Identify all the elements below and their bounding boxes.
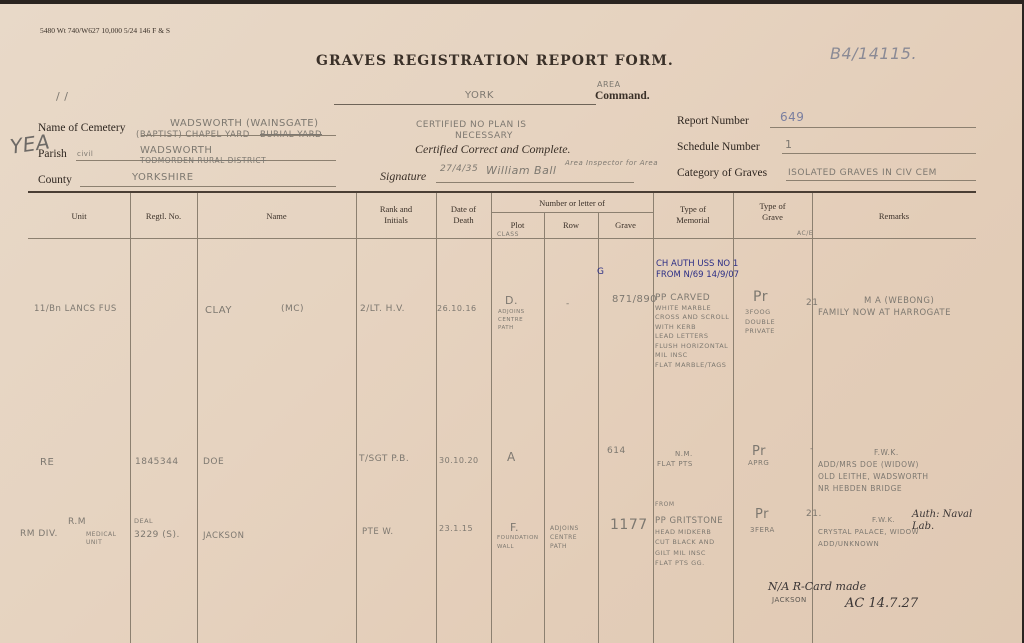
row3-remarks-ink: Auth: Naval Lab. — [912, 509, 982, 533]
remarks-line: F.W.K. — [818, 447, 928, 459]
memorial-line: MIL INSC — [655, 351, 729, 361]
row3-unit-main: RM DIV. — [20, 529, 58, 539]
memorial-line: CROSS AND SCROLL — [655, 313, 729, 323]
schedule-number-label: Schedule Number — [677, 141, 760, 153]
parish-prefix: civil — [77, 150, 93, 158]
memorial-line: FLUSH HORIZONTAL — [655, 342, 729, 352]
command-value: YORK — [465, 90, 494, 101]
row3-row-note: ADJOINS CENTRE PATH — [550, 524, 579, 551]
parish-struck-text: TODMORDEN RURAL DISTRICT — [140, 156, 266, 165]
header-bottom-rule — [28, 238, 976, 239]
remarks-line: ADD/MRS DOE (WIDOW) — [818, 459, 928, 471]
cemetery-value[interactable]: WADSWORTH (WAINSGATE) — [170, 118, 319, 129]
report-number-label: Report Number — [677, 115, 749, 127]
memorial-line: FLAT MARBLE/TAGS — [655, 361, 729, 371]
rank-header-line1: Rank and — [356, 204, 436, 215]
memorial-line: N.M. — [657, 449, 693, 459]
category-value[interactable]: ISOLATED GRAVES IN CIV CEM — [788, 168, 937, 178]
memorial-line: PP GRITSTONE — [655, 516, 723, 527]
footer-note-initials: AC 14.7.27 — [845, 596, 918, 611]
memorial-line: FLAT PTS — [657, 459, 693, 469]
col-header-regtl-no: Regtl. No. — [130, 211, 197, 222]
row2-remarks: F.W.K. ADD/MRS DOE (WIDOW) OLD LEITHE, W… — [818, 447, 928, 495]
row3-unit-prefix: R.M — [68, 517, 86, 527]
row-note-line: PATH — [550, 542, 579, 551]
schedule-number-value[interactable]: 1 — [785, 138, 793, 151]
col-header-remarks: Remarks — [812, 211, 976, 222]
remarks-line: OLD LEITHE, WADSWORTH — [818, 471, 928, 483]
row1-plot: D. — [505, 294, 518, 307]
type-grave-line: DOUBLE — [745, 318, 775, 328]
signature-value[interactable]: William Ball — [486, 164, 556, 177]
row3-memorial-prefix: FROM — [655, 501, 675, 508]
type-grave-note: AC/E — [797, 230, 813, 237]
memorial-line: WITH KERB — [655, 323, 729, 333]
remarks-line: FAMILY NOW AT HARROGATE — [818, 307, 951, 319]
row3-type-grave-sub: 3FERA — [750, 526, 775, 534]
rank-header-line2: Initials — [356, 215, 436, 226]
row1-date: 26.10.16 — [437, 304, 477, 313]
row2-type-grave: Pr — [752, 444, 766, 459]
print-code: 5480 Wt 740/W627 10,000 5/24 146 F & S — [40, 26, 170, 35]
row1-type-grave: Pr — [753, 289, 768, 305]
row3-plot: F. — [510, 521, 519, 534]
report-number-value[interactable]: 649 — [780, 110, 804, 124]
margin-marks: / / — [56, 90, 68, 103]
certified-note-line2: NECESSARY — [455, 131, 513, 141]
col-header-type-grave: Type of Grave — [733, 201, 812, 223]
date-header-line2: Death — [436, 215, 491, 226]
col-header-date: Date of Death — [436, 204, 491, 226]
cemetery-value-line2: (BAPTIST) CHAPEL YARD — [136, 130, 250, 140]
row1-plot-note: ADJOINS CENTRE PATH — [498, 308, 525, 332]
row2-type-grave-sub: APRG — [748, 459, 769, 467]
row2-plot: A — [507, 450, 516, 464]
plot-note-line: PATH — [498, 324, 525, 332]
county-label: County — [38, 174, 72, 186]
type-grave-line: PRIVATE — [745, 327, 775, 337]
form-title: GRAVES REGISTRATION REPORT FORM. — [316, 53, 674, 69]
row3-rank: PTE W. — [362, 527, 394, 537]
plot-note-line: WALL — [497, 543, 539, 552]
blue-note-line: CH AUTH USS NO 1 — [656, 259, 739, 270]
category-label: Category of Graves — [677, 167, 767, 179]
row2-regtl-no: 1845344 — [135, 457, 179, 467]
row3-unit-sub: MEDICAL UNIT — [86, 531, 124, 547]
plot-note-line: CENTRE — [498, 316, 525, 324]
memorial-header-line2: Memorial — [653, 215, 733, 226]
row2-memorial: N.M. FLAT PTS — [657, 449, 693, 469]
table-top-rule — [28, 191, 976, 193]
remarks-line: ADD/UNKNOWN — [818, 538, 919, 550]
memorial-line: CUT BLACK AND — [655, 537, 723, 548]
cemetery-label: Name of Cemetery — [38, 122, 126, 134]
type-grave-header-line1: Type of — [733, 201, 812, 212]
row1-name: CLAY — [205, 305, 232, 316]
remarks-line: CRYSTAL PALACE, WIDOW — [818, 526, 919, 538]
row2-rank: T/SGT P.B. — [359, 454, 409, 464]
memorial-line: PP CARVED — [655, 294, 729, 304]
row1-row: - — [566, 299, 570, 309]
blue-note-line: FROM N/69 14/9/07 — [656, 270, 739, 281]
row2-class-no: - — [810, 444, 814, 454]
plot-class-note: CLASS — [497, 231, 519, 238]
row2-date: 30.10.20 — [439, 456, 479, 465]
signature-date: 27/4/35 — [440, 164, 478, 174]
plot-note-line: ADJOINS — [498, 308, 525, 316]
col-group-header-number: Number or letter of — [491, 198, 653, 209]
col-header-unit: Unit — [28, 211, 130, 222]
row3-remarks: F.W.K. CRYSTAL PALACE, WIDOW ADD/UNKNOWN — [818, 514, 919, 550]
row-note-line: CENTRE — [550, 533, 579, 542]
row3-regtl-no: 3229 (S). — [134, 530, 180, 540]
command-area-note: AREA — [597, 80, 621, 89]
remarks-line: M A (WEBONG) — [856, 295, 951, 307]
type-grave-header-line2: Grave — [733, 212, 812, 223]
cemetery-struck-text: BURIAL YARD — [260, 130, 322, 140]
footer-note-line2: JACKSON — [772, 596, 807, 604]
row3-name: JACKSON — [203, 531, 244, 541]
signature-title: Area Inspector for Area — [565, 159, 658, 167]
row-note-line: ADJOINS — [550, 524, 579, 533]
row1-rank: 2/LT. H.V. — [360, 304, 405, 314]
type-grave-line: 3FOOG — [745, 308, 775, 318]
memorial-line: GILT MIL INSC — [655, 548, 723, 559]
remarks-line: NR HEBDEN BRIDGE — [818, 483, 928, 495]
row1-name-note: (MC) — [281, 304, 304, 314]
row1-unit: 11/Bn LANCS FUS — [34, 304, 117, 314]
col-header-row: Row — [544, 220, 598, 231]
row1-remarks: M A (WEBONG) FAMILY NOW AT HARROGATE — [856, 295, 951, 319]
row3-plot-note: FOUNDATION WALL — [497, 534, 539, 552]
graves-registration-form: 5480 Wt 740/W627 10,000 5/24 146 F & S G… — [0, 4, 1022, 643]
row2-unit: RE — [40, 457, 54, 468]
row2-name: DOE — [203, 457, 224, 467]
col-header-plot: Plot — [491, 220, 544, 231]
col-header-rank: Rank and Initials — [356, 204, 436, 226]
county-value[interactable]: YORKSHIRE — [132, 172, 194, 183]
memorial-line: HEAD MIDKERB — [655, 527, 723, 538]
row3-regtl-prefix: DEAL — [134, 517, 153, 525]
date-header-line1: Date of — [436, 204, 491, 215]
plot-note-line: FOUNDATION — [497, 534, 539, 543]
col-header-memorial: Type of Memorial — [653, 204, 733, 226]
row1-grave-mark: G — [597, 267, 604, 277]
row1-class-no: 21 — [806, 298, 818, 308]
memorial-line: LEAD LETTERS — [655, 332, 729, 342]
col-header-grave: Grave — [598, 220, 653, 231]
signature-label: Signature — [380, 169, 426, 184]
remarks-line: F.W.K. — [818, 514, 919, 526]
number-group-rule — [491, 212, 653, 213]
row3-memorial: PP GRITSTONE HEAD MIDKERB CUT BLACK AND … — [655, 516, 723, 569]
memorial-line: FLAT PTS GG. — [655, 558, 723, 569]
memorial-line: WHITE MARBLE — [655, 304, 729, 314]
row2-grave: 614 — [607, 446, 626, 456]
footer-note-line1: N/A R-Card made — [768, 580, 866, 593]
reference-annotation: B4/14115. — [830, 44, 917, 63]
col-header-name: Name — [197, 211, 356, 222]
row1-memorial: PP CARVED WHITE MARBLE CROSS AND SCROLL … — [655, 294, 729, 370]
row1-type-grave-sub: 3FOOG DOUBLE PRIVATE — [745, 308, 775, 337]
command-label: Command. — [595, 90, 650, 102]
row3-type-grave: Pr — [755, 507, 769, 522]
certified-label: Certified Correct and Complete. — [415, 142, 571, 157]
row1-blue-note: CH AUTH USS NO 1 FROM N/69 14/9/07 — [656, 259, 739, 281]
row3-grave: 1177 — [610, 517, 648, 533]
parish-label: Parish — [38, 148, 67, 160]
parish-value[interactable]: WADSWORTH — [140, 145, 212, 156]
row1-grave: 871/890 — [612, 294, 657, 305]
row3-date: 23.1.15 — [439, 524, 473, 533]
memorial-header-line1: Type of — [653, 204, 733, 215]
certified-note-line1: CERTIFIED NO PLAN IS — [416, 120, 526, 130]
